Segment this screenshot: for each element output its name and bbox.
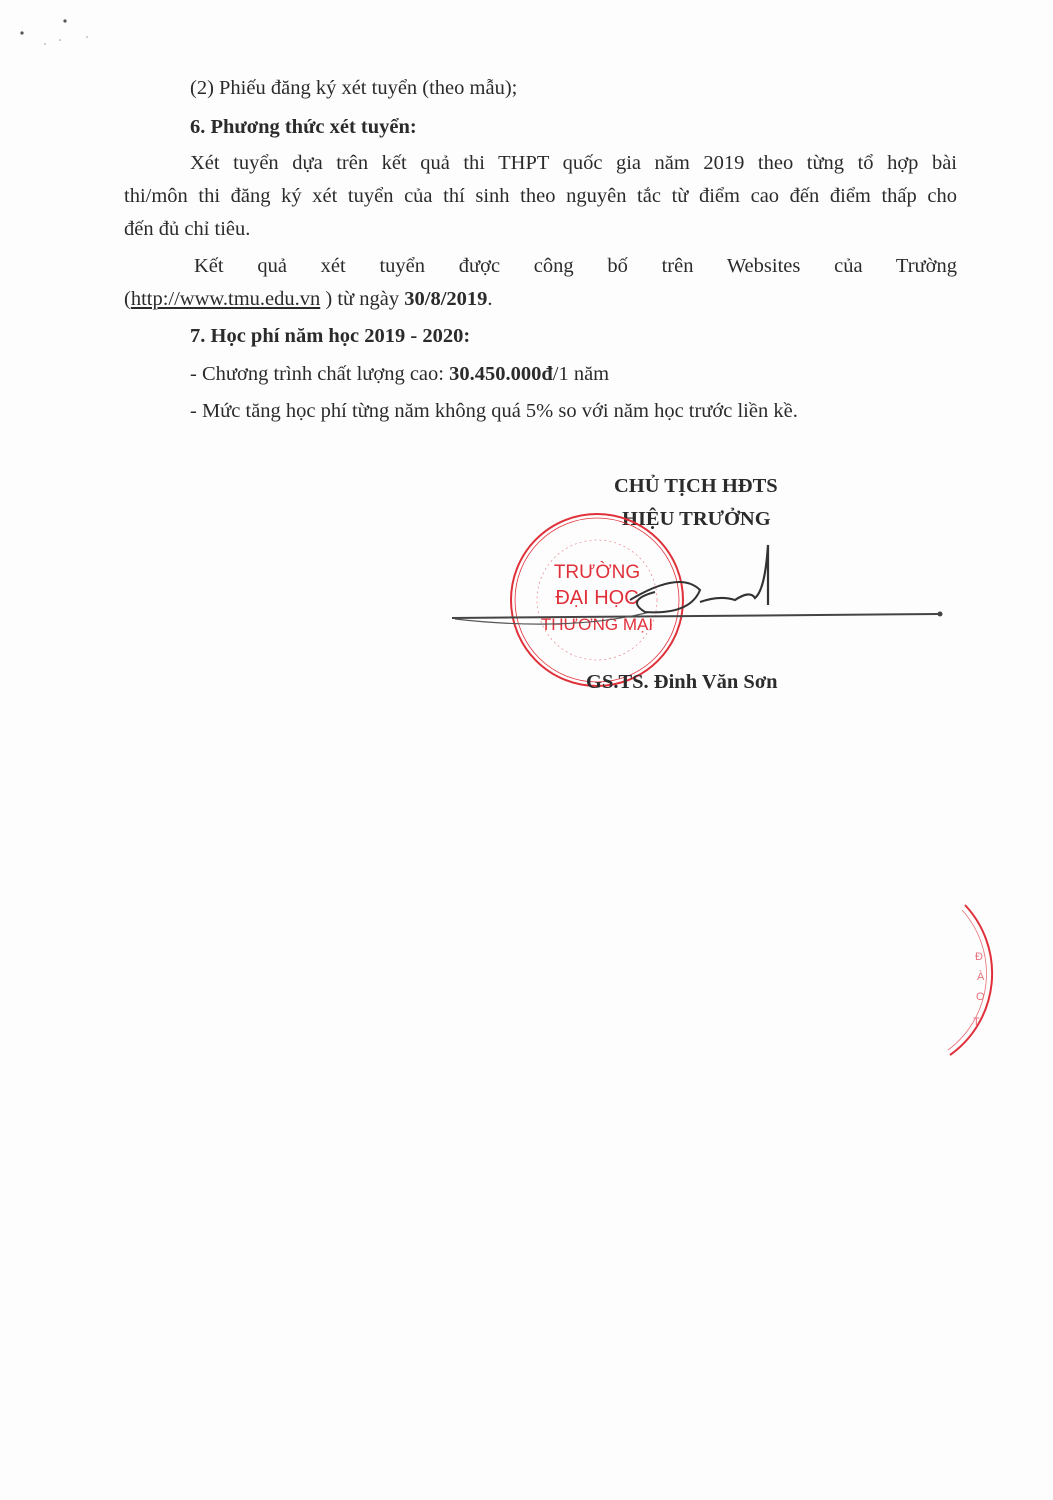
svg-text:Đ: Đ	[975, 951, 983, 963]
scan-specks	[0, 0, 140, 60]
result-date: 30/8/2019	[404, 288, 487, 310]
section-6-para1-line3: đến đủ chỉ tiêu.	[124, 217, 250, 241]
fee-prefix: - Chương trình chất lượng cao:	[190, 363, 449, 385]
section-6-heading: 6. Phương thức xét tuyển:	[190, 115, 417, 139]
section-6-para2-line2: (http://www.tmu.edu.vn ) từ ngày 30/8/20…	[124, 287, 493, 311]
section-6-para1-line1: Xét tuyển dựa trên kết quả thi THPT quốc…	[190, 151, 957, 175]
section-6-para1-line2: thi/môn thi đăng ký xét tuyển của thí si…	[124, 184, 957, 208]
section-7-heading: 7. Học phí năm học 2019 - 2020:	[190, 324, 470, 348]
svg-text:À: À	[977, 970, 985, 983]
para2-end: .	[487, 288, 492, 310]
svg-text:O: O	[976, 991, 985, 1003]
signer-name: GS.TS. Đinh Văn Sơn	[586, 670, 778, 694]
signature-icon	[450, 540, 950, 640]
item-2-application-form: (2) Phiếu đăng ký xét tuyển (theo mẫu);	[190, 76, 517, 100]
tuition-fee-line: - Chương trình chất lượng cao: 30.450.00…	[190, 362, 609, 386]
partial-seal-icon: Đ À O T	[920, 900, 1010, 1060]
svg-text:T: T	[973, 1016, 980, 1028]
signer-title-chairman: CHỦ TỊCH HĐTS	[614, 474, 778, 498]
para2-mid-text: ) từ ngày	[320, 288, 404, 310]
fee-suffix: /1 năm	[553, 363, 609, 385]
website-link[interactable]: http://www.tmu.edu.vn	[131, 288, 320, 310]
fee-amount: 30.450.000đ	[449, 363, 553, 385]
tuition-increase-note: - Mức tăng học phí từng năm không quá 5%…	[190, 399, 798, 423]
section-6-para2-line1: Kết quả xét tuyển được công bố trên Webs…	[194, 254, 957, 278]
